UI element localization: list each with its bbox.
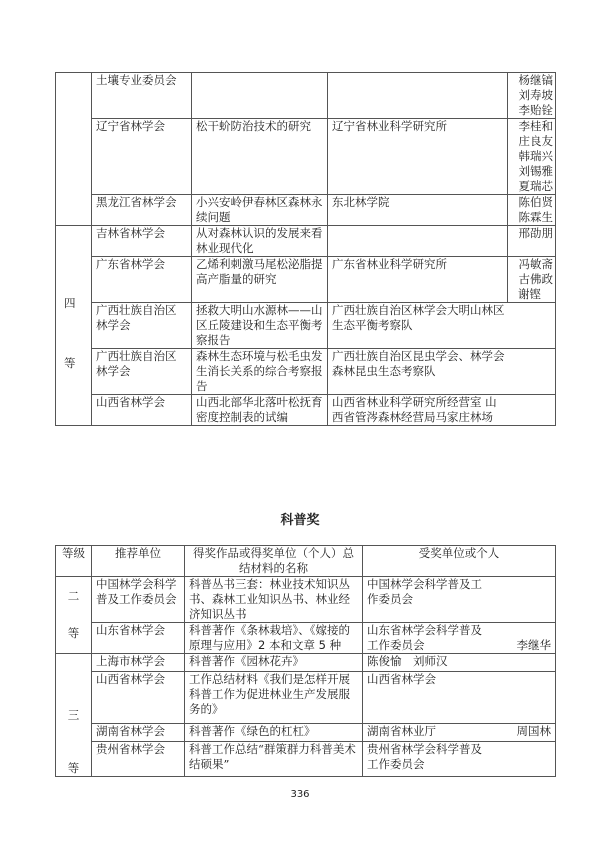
- person-name: 杨继镐: [512, 73, 553, 88]
- person-name: 陈霖生: [512, 210, 553, 225]
- work-title: [192, 73, 328, 119]
- grade-label-char: 等: [68, 626, 80, 641]
- table-header-row: 等级 推荐单位 得奖作品或得奖单位（个人）总结材料的名称 受奖单位或个人: [56, 546, 556, 577]
- column-header-grade: 等级: [56, 546, 92, 577]
- recommending-unit: 上海市林学会: [92, 654, 185, 672]
- recommending-unit: 土壤专业委员会: [92, 73, 192, 119]
- work-title: 山西北部华北落叶松抚育密度控制表的试编: [192, 395, 328, 426]
- count-number: 2: [258, 638, 265, 652]
- award-persons: 冯敏斋 古佛政 谢铿: [508, 257, 556, 303]
- grade-label-char: 等: [64, 356, 76, 371]
- work-title: 科普著作《园林花卉》: [185, 654, 363, 672]
- recommending-unit: 山东省林学会: [92, 623, 185, 654]
- award-persons: 邢劭朋: [508, 226, 556, 257]
- person-name: 谢铿: [512, 287, 553, 302]
- work-title: 森林生态环境与松毛虫发生消长关系的综合考察报告: [192, 349, 328, 395]
- table-row: 二 等 中国林学会科学普及工作委员会 科普丛书三套：林业技术知识丛书、森林工业知…: [56, 577, 556, 623]
- recipient-text: 中国林学会科学普及工作委员会: [367, 577, 487, 607]
- work-title: 科普丛书三套：林业技术知识丛书、森林工业知识丛书、林业经济知识丛书: [185, 577, 363, 623]
- column-header-recipient: 受奖单位或个人: [363, 546, 556, 577]
- winning-organization: [328, 226, 508, 257]
- table-row: 山西省林学会 工作总结材料《我们是怎样开展科普工作为促进林业生产发展服务的》 山…: [56, 672, 556, 724]
- work-title-text: 本和文章: [269, 638, 315, 652]
- table-row: 土壤专业委员会 杨继镐 刘寿坡 李贻铨: [56, 73, 556, 119]
- recipient: 陈俊愉 刘师汉: [363, 654, 556, 672]
- winning-organization: 辽宁省林业科学研究所: [328, 119, 508, 195]
- grade-label-char: 等: [68, 761, 80, 776]
- work-title: 从对森林认识的发展来看林业现代化: [192, 226, 328, 257]
- winning-organization-text: 广西壮族自治区昆虫学会、林学会森林昆虫生态考察队: [332, 349, 507, 379]
- work-title: 拯救大明山水源林——山区丘陵建设和生态平衡考察报告: [192, 303, 328, 349]
- recommending-unit: 吉林省林学会: [92, 226, 192, 257]
- grade-cell-second: 二 等: [56, 577, 92, 654]
- person-name: 庄良友: [512, 134, 553, 149]
- recommending-unit: 山西省林学会: [92, 395, 192, 426]
- grade-cell-fourth: 四 等: [56, 226, 92, 426]
- table-row: 山东省林学会 科普著作《条林栽培》、《嫁接的原理与应用》2 本和文章 5 种 山…: [56, 623, 556, 654]
- work-title: 科普工作总结“群策群力科普美术结硕果”: [185, 742, 363, 777]
- count-number: 5: [319, 638, 326, 652]
- table-row: 山西省林学会 山西北部华北落叶松抚育密度控制表的试编 山西省林业科学研究所经营室…: [56, 395, 556, 426]
- column-header-work-title: 得奖作品或得奖单位（个人）总结材料的名称: [185, 546, 363, 577]
- award-persons: 李桂和 庄良友 韩瑞兴 刘锡雅 夏瑞芯: [508, 119, 556, 195]
- table-row: 广西壮族自治区林学会 拯救大明山水源林——山区丘陵建设和生态平衡考察报告 广西壮…: [56, 303, 556, 349]
- person-name: 李继华: [517, 638, 552, 653]
- winning-organization: 山西省林业科学研究所经营室 山西省管涔森林经营局马家庄林场: [328, 395, 556, 426]
- column-header-recommending-unit: 推荐单位: [92, 546, 185, 577]
- recipient-text: 湖南省林业厅: [367, 724, 436, 739]
- person-name: 刘寿坡: [512, 88, 553, 103]
- recipient: 贵州省林学会科学普及工作委员会: [363, 742, 556, 777]
- work-title: 科普著作《条林栽培》、《嫁接的原理与应用》2 本和文章 5 种: [185, 623, 363, 654]
- winning-organization-text: 广西壮族自治区林学会大明山林区生态平衡考察队: [332, 303, 507, 333]
- table-row: 湖南省林学会 科普著作《绿色的杠杠》 湖南省林业厅 周国林: [56, 723, 556, 741]
- recommending-unit: 中国林学会科学普及工作委员会: [92, 577, 185, 623]
- person-name: 周国林: [517, 724, 552, 739]
- recommending-unit: 黑龙江省林学会: [92, 195, 192, 226]
- winning-organization: [328, 73, 508, 119]
- grade-label-char: 四: [64, 296, 76, 311]
- recipient: 中国林学会科学普及工作委员会: [363, 577, 556, 623]
- person-name: 冯敏斋: [512, 257, 553, 272]
- grade-label-char: 三: [68, 708, 80, 723]
- table-row: 三 等 上海市林学会 科普著作《园林花卉》 陈俊愉 刘师汉: [56, 654, 556, 672]
- work-title: 工作总结材料《我们是怎样开展科普工作为促进林业生产发展服务的》: [185, 672, 363, 724]
- recommending-unit: 山西省林学会: [92, 672, 185, 724]
- table-row: 广西壮族自治区林学会 森林生态环境与松毛虫发生消长关系的综合考察报告 广西壮族自…: [56, 349, 556, 395]
- winning-organization: 广东省林业科学研究所: [328, 257, 508, 303]
- winning-organization: 广西壮族自治区昆虫学会、林学会森林昆虫生态考察队: [328, 349, 556, 395]
- grade-cell-third: 三 等: [56, 654, 92, 777]
- awards-table-fourth-grade: 土壤专业委员会 杨继镐 刘寿坡 李贻铨 辽宁省林学会 松干蚧防治技术的研究 辽宁…: [55, 72, 556, 426]
- table-row: 辽宁省林学会 松干蚧防治技术的研究 辽宁省林业科学研究所 李桂和 庄良友 韩瑞兴…: [56, 119, 556, 195]
- recommending-unit: 广西壮族自治区林学会: [92, 303, 192, 349]
- work-title: 乙烯利刺激马尾松泌脂提高产脂量的研究: [192, 257, 328, 303]
- recipient: 湖南省林业厅 周国林: [363, 723, 556, 741]
- page-number: 336: [0, 787, 600, 802]
- work-title: 科普著作《绿色的杠杠》: [185, 723, 363, 741]
- recommending-unit: 辽宁省林学会: [92, 119, 192, 195]
- winning-organization: 广西壮族自治区林学会大明山林区生态平衡考察队: [328, 303, 556, 349]
- recommending-unit: 湖南省林学会: [92, 723, 185, 741]
- winning-organization-text: 山西省林业科学研究所经营室 山西省管涔森林经营局马家庄林场: [332, 395, 507, 425]
- grade-cell: [56, 73, 92, 226]
- table-row: 广东省林学会 乙烯利刺激马尾松泌脂提高产脂量的研究 广东省林业科学研究所 冯敏斋…: [56, 257, 556, 303]
- person-name: 韩瑞兴: [512, 149, 553, 164]
- person-name: 邢劭朋: [512, 226, 553, 241]
- recommending-unit: 广东省林学会: [92, 257, 192, 303]
- section-title-science-popularization-award: 科普奖: [0, 513, 600, 528]
- person-name: 李贻铨: [512, 103, 553, 118]
- award-persons: 陈伯贤 陈霖生: [508, 195, 556, 226]
- person-name: 古佛政: [512, 272, 553, 287]
- table-row: 四 等 吉林省林学会 从对森林认识的发展来看林业现代化 邢劭朋: [56, 226, 556, 257]
- person-name: 夏瑞芯: [512, 179, 553, 194]
- grade-label-char: 二: [68, 589, 80, 604]
- person-name: 刘锡雅: [512, 164, 553, 179]
- person-name: 陈伯贤: [512, 195, 553, 210]
- science-popularization-award-table: 等级 推荐单位 得奖作品或得奖单位（个人）总结材料的名称 受奖单位或个人 二 等…: [55, 545, 556, 777]
- recipient-text: 贵州省林学会科学普及工作委员会: [367, 742, 487, 772]
- recipient-text: 山东省林学会科学普及工作委员会: [367, 623, 487, 653]
- table-row: 贵州省林学会 科普工作总结“群策群力科普美术结硕果” 贵州省林学会科学普及工作委…: [56, 742, 556, 777]
- person-name: 李桂和: [512, 119, 553, 134]
- work-title: 小兴安岭伊春林区森林永续问题: [192, 195, 328, 226]
- work-title: 松干蚧防治技术的研究: [192, 119, 328, 195]
- recommending-unit: 广西壮族自治区林学会: [92, 349, 192, 395]
- recommending-unit: 贵州省林学会: [92, 742, 185, 777]
- work-title-text: 种: [330, 638, 342, 652]
- table-row: 黑龙江省林学会 小兴安岭伊春林区森林永续问题 东北林学院 陈伯贤 陈霖生: [56, 195, 556, 226]
- recipient: 山西省林学会: [363, 672, 556, 724]
- winning-organization: 东北林学院: [328, 195, 508, 226]
- recipient: 山东省林学会科学普及工作委员会 李继华: [363, 623, 556, 654]
- award-persons: 杨继镐 刘寿坡 李贻铨: [508, 73, 556, 119]
